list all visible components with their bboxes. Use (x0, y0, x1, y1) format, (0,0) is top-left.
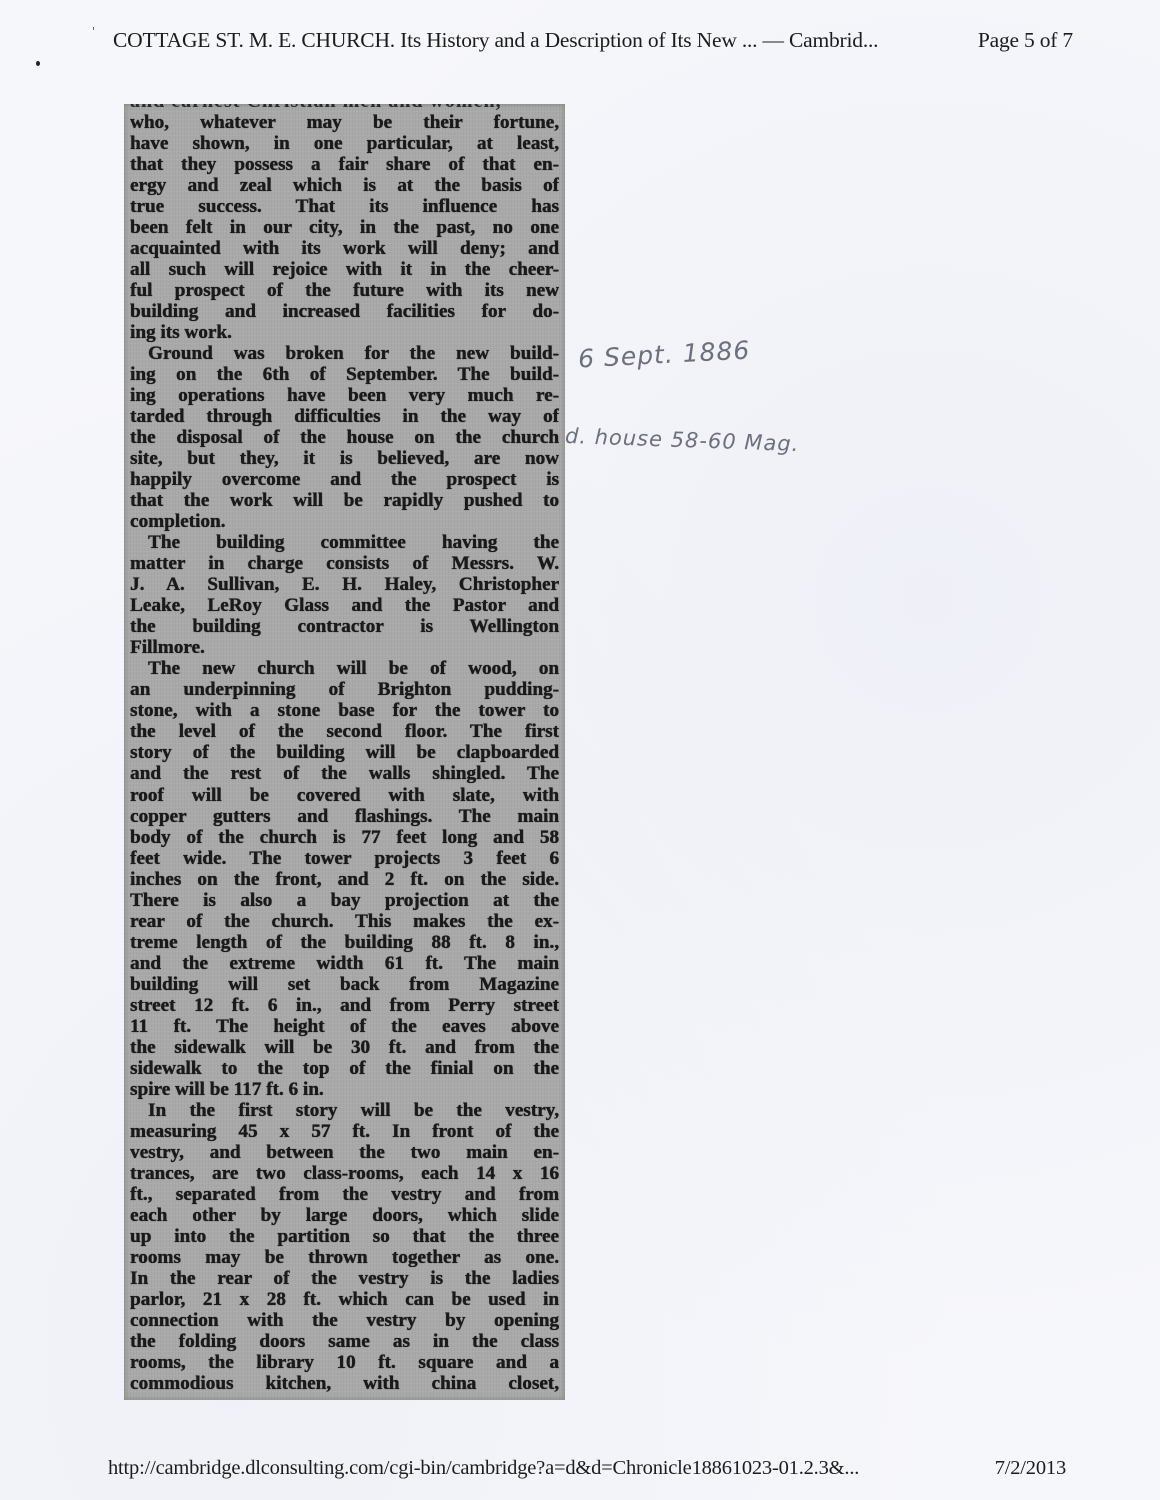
article-line: the folding doors same as in the class (130, 1331, 559, 1352)
article-line: that the work will be rapidly pushed to (130, 490, 559, 511)
article-line: There is also a bay projection at the (130, 890, 559, 911)
article-line: rear of the church. This makes the ex- (130, 911, 559, 932)
article-line: Leake, LeRoy Glass and the Pastor and (130, 595, 559, 616)
article-line: feet wide. The tower projects 3 feet 6 (130, 848, 559, 869)
article-line: ful prospect of the future with its new (130, 280, 559, 301)
article-line: parlor, 21 x 28 ft. which can be used in (130, 1289, 559, 1310)
article-line: spire will be 117 ft. 6 in. (130, 1079, 559, 1100)
article-line: and the rest of the walls shingled. The (130, 763, 559, 784)
article-line: vestry, and between the two main en- (130, 1142, 559, 1163)
document-title: COTTAGE ST. M. E. CHURCH. Its History an… (113, 28, 878, 53)
article-line: ing its work. (130, 322, 559, 343)
newspaper-clipping: and earnest Christian men and women, who… (124, 104, 565, 1400)
article-line: ing operations have been very much re- (130, 385, 559, 406)
article-line: building and increased facilities for do… (130, 301, 559, 322)
article-line: matter in charge consists of Messrs. W. (130, 553, 559, 574)
article-line: an underpinning of Brighton pudding- (130, 679, 559, 700)
article-line: trances, are two class-rooms, each 14 x … (130, 1163, 559, 1184)
scan-speck (36, 61, 40, 66)
article-line: copper gutters and flashings. The main (130, 806, 559, 827)
article-line: stone, with a stone base for the tower t… (130, 700, 559, 721)
article-line: happily overcome and the prospect is (130, 469, 559, 490)
article-line: who, whatever may be their fortune, (130, 112, 559, 133)
article-line: ft., separated from the vestry and from (130, 1184, 559, 1205)
article-line: acquainted with its work will deny; and (130, 238, 559, 259)
article-line: have shown, in one particular, at least, (130, 133, 559, 154)
article-line: sidewalk to the top of the finial on the (130, 1058, 559, 1079)
article-line: been felt in our city, in the past, no o… (130, 217, 559, 238)
article-line: The building committee having the (130, 532, 559, 553)
article-line: Ground was broken for the new build- (130, 343, 559, 364)
article-line: Fillmore. (130, 637, 559, 658)
article-line: ing on the 6th of September. The build- (130, 364, 559, 385)
print-date: 7/2/2013 (995, 1457, 1066, 1480)
article-line: each other by large doors, which slide (130, 1205, 559, 1226)
article-line: and the extreme width 61 ft. The main (130, 953, 559, 974)
article-line: all such will rejoice with it in the che… (130, 259, 559, 280)
article-line: the building contractor is Wellington (130, 616, 559, 637)
source-url: http://cambridge.dlconsulting.com/cgi-bi… (108, 1457, 859, 1480)
print-footer: http://cambridge.dlconsulting.com/cgi-bi… (108, 1457, 1066, 1480)
article-line: commodious kitchen, with china closet, (130, 1373, 559, 1394)
article-line: inches on the front, and 2 ft. on the si… (130, 869, 559, 890)
article-line: rooms, the library 10 ft. square and a (130, 1352, 559, 1373)
article-line: up into the partition so that the three (130, 1226, 559, 1247)
article-line: treme length of the building 88 ft. 8 in… (130, 932, 559, 953)
article-line: street 12 ft. 6 in., and from Perry stre… (130, 995, 559, 1016)
article-line: The new church will be of wood, on (130, 658, 559, 679)
article-line: measuring 45 x 57 ft. In front of the (130, 1121, 559, 1142)
article-line: In the rear of the vestry is the ladies (130, 1268, 559, 1289)
article-line: that they possess a fair share of that e… (130, 154, 559, 175)
article-line: rooms may be thrown together as one. (130, 1247, 559, 1268)
article-line: site, but they, it is believed, are now (130, 448, 559, 469)
article-line: the level of the second floor. The first (130, 721, 559, 742)
article-line: completion. (130, 511, 559, 532)
article-line: true success. That its influence has (130, 196, 559, 217)
article-line: the sidewalk will be 30 ft. and from the (130, 1037, 559, 1058)
article-line: body of the church is 77 feet long and 5… (130, 827, 559, 848)
article-line: ergy and zeal which is at the basis of (130, 175, 559, 196)
article-line: connection with the vestry by opening (130, 1310, 559, 1331)
print-header: COTTAGE ST. M. E. CHURCH. Its History an… (113, 28, 1073, 53)
article-line: J. A. Sullivan, E. H. Haley, Christopher (130, 574, 559, 595)
article-line: 11 ft. The height of the eaves above (130, 1016, 559, 1037)
article-line: tarded through difficulties in the way o… (130, 406, 559, 427)
scan-speck (93, 27, 94, 30)
article-column: who, whatever may be their fortune,have … (130, 112, 559, 1394)
article-line: roof will be covered with slate, with (130, 785, 559, 806)
article-line: story of the building will be clapboarde… (130, 742, 559, 763)
article-line: In the first story will be the vestry, (130, 1100, 559, 1121)
page-indicator: Page 5 of 7 (978, 28, 1073, 53)
article-line: building will set back from Magazine (130, 974, 559, 995)
article-line: the disposal of the house on the church (130, 427, 559, 448)
